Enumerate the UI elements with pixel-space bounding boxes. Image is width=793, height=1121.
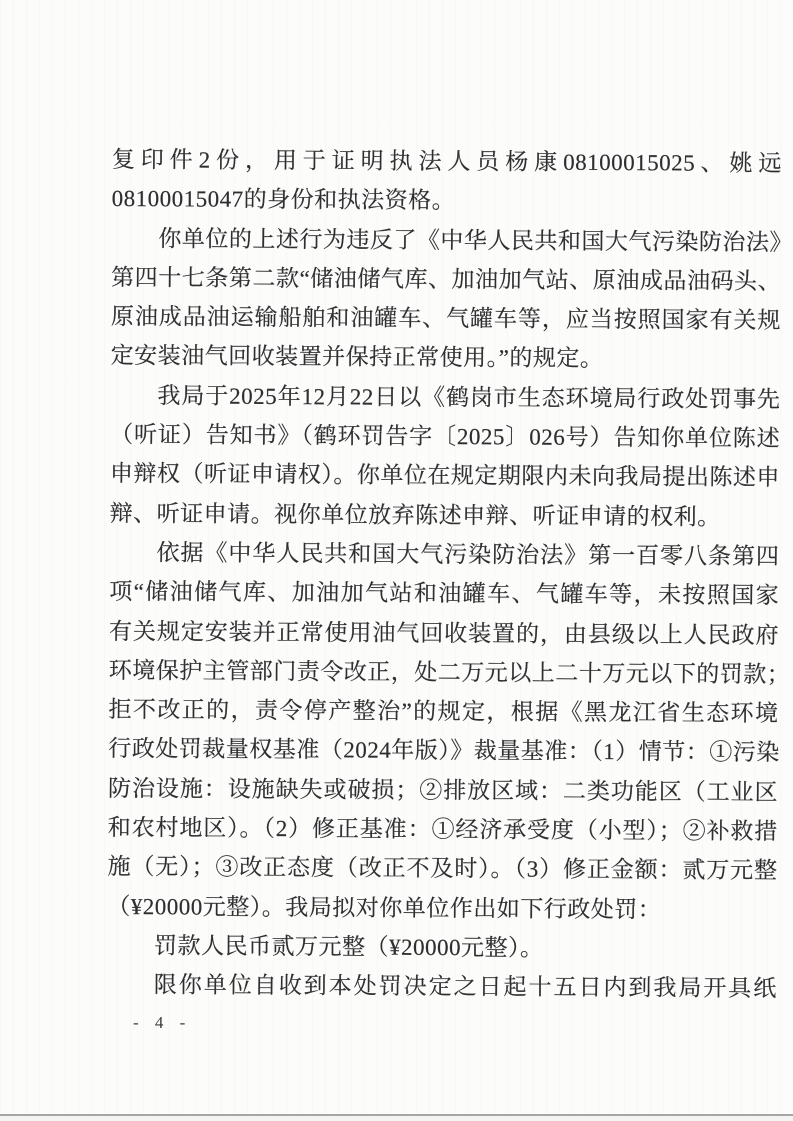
text-line: 我局于2025年12月22日以《鹤岗市生态环境局行政处罚事先 — [110, 376, 780, 419]
scanned-document-page: 复印件2份，用于证明执法人员杨康08100015025、姚远 081000150… — [0, 0, 793, 1121]
text-line: 项“储油储气库、加油加气站和油罐车、气罐车等，未按照国家 — [109, 572, 779, 615]
text-line: 限你单位自收到本处罚决定之日起十五日内到我局开具纸 — [107, 965, 777, 1008]
text-line: 申辩权（听证申请权）。你单位在规定期限内未向我局提出陈述申 — [110, 454, 780, 497]
text-line: （¥20000元整）。我局拟对你单位作出如下行政处罚： — [107, 887, 777, 930]
text-line: 08100015047的身份和执法资格。 — [112, 179, 782, 222]
text-line: 拒不改正的，责令停产整治”的规定，根据《黑龙江省生态环境 — [108, 690, 778, 733]
text-line: 行政处罚裁量权基准（2024年版）》裁量基准：（1）情节：①污染 — [108, 729, 778, 772]
scan-background-strip — [0, 1116, 793, 1121]
text-line: 辩、听证申请。视你单位放弃陈述申辩、听证申请的权利。 — [110, 494, 780, 537]
text-line: 防治设施：设施缺失或破损；②排放区域：二类功能区（工业区 — [108, 769, 778, 812]
text-line: 复印件2份，用于证明执法人员杨康08100015025、姚远 — [112, 140, 782, 183]
text-line: （听证）告知书》（鹤环罚告字〔2025〕026号）告知你单位陈述 — [110, 415, 780, 458]
text-line: 依据《中华人民共和国大气污染防治法》第一百零八条第四 — [109, 533, 779, 576]
text-line: 你单位的上述行为违反了《中华人民共和国大气污染防治法》 — [111, 219, 781, 262]
text-line: 环境保护主管部门责令改正，处二万元以上二十万元以下的罚款； — [109, 651, 779, 694]
document-body-text: 复印件2份，用于证明执法人员杨康08100015025、姚远 081000150… — [107, 140, 782, 1009]
text-line: 有关规定安装并正常使用油气回收装置的，由县级以上人民政府 — [109, 612, 779, 655]
page-number: - 4 - — [133, 1013, 191, 1033]
text-line: 施（无）；③改正态度（改正不及时）。（3）修正金额：贰万元整 — [107, 847, 777, 890]
text-line: 罚款人民币贰万元整（¥20000元整）。 — [107, 926, 777, 969]
text-line: 第四十七条第二款“储油储气库、加油加气站、原油成品油码头、 — [111, 258, 781, 301]
text-line: 定安装油气回收装置并保持正常使用。”的规定。 — [111, 336, 781, 379]
text-line: 和农村地区）。（2）修正基准：①经济承受度（小型）；②补救措 — [108, 808, 778, 851]
text-line: 原油成品油运输船舶和油罐车、气罐车等，应当按照国家有关规 — [111, 297, 781, 340]
